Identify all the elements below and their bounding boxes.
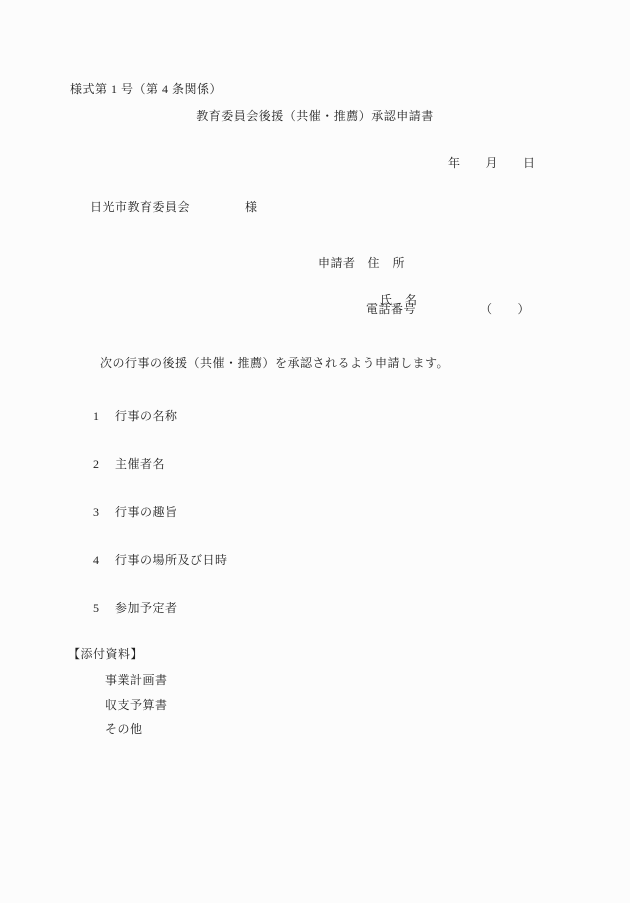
item-number: 3 — [93, 505, 115, 519]
applicant-address-label: 住 所 — [368, 256, 406, 270]
item-number: 2 — [93, 457, 115, 471]
item-label: 行事の場所及び日時 — [115, 553, 228, 567]
applicant-phone-row: 電話番号 （ ） — [366, 302, 530, 316]
attachment-item: 事業計画書 — [105, 673, 168, 687]
form-item-row: 2 主催者名 — [93, 457, 165, 471]
form-item-row: 3 行事の趣旨 — [93, 505, 178, 519]
attachments-heading: 【添付資料】 — [68, 647, 143, 661]
addressee-line: 日光市教育委員会 様 — [90, 200, 258, 214]
item-number: 5 — [93, 601, 115, 615]
item-label: 参加予定者 — [115, 601, 178, 615]
addressee-name: 日光市教育委員会 — [90, 200, 190, 214]
form-number: 様式第 1 号（第 4 条関係） — [70, 82, 222, 96]
date-line: 年 月 日 — [448, 156, 536, 170]
item-number: 4 — [93, 553, 115, 567]
item-label: 主催者名 — [115, 457, 165, 471]
applicant-phone-label: 電話番号 — [366, 302, 416, 316]
form-item-row: 4 行事の場所及び日時 — [93, 553, 228, 567]
form-item-row: 1 行事の名称 — [93, 409, 178, 423]
form-item-row: 5 参加予定者 — [93, 601, 178, 615]
item-label: 行事の名称 — [115, 409, 178, 423]
document-title: 教育委員会後援（共催・推薦）承認申請書 — [0, 109, 630, 123]
item-number: 1 — [93, 409, 115, 423]
addressee-honorific: 様 — [245, 200, 258, 214]
attachment-item: その他 — [105, 722, 143, 736]
document-page: 様式第 1 号（第 4 条関係） 教育委員会後援（共催・推薦）承認申請書 年 月… — [0, 0, 630, 903]
item-label: 行事の趣旨 — [115, 505, 178, 519]
applicant-address-row: 申請者 住 所 — [318, 256, 405, 270]
applicant-heading: 申請者 — [318, 256, 356, 270]
applicant-phone-blank-parens: （ ） — [480, 302, 530, 316]
application-statement: 次の行事の後援（共催・推薦）を承認されるよう申請します。 — [100, 356, 449, 370]
attachment-item: 収支予算書 — [105, 698, 168, 712]
